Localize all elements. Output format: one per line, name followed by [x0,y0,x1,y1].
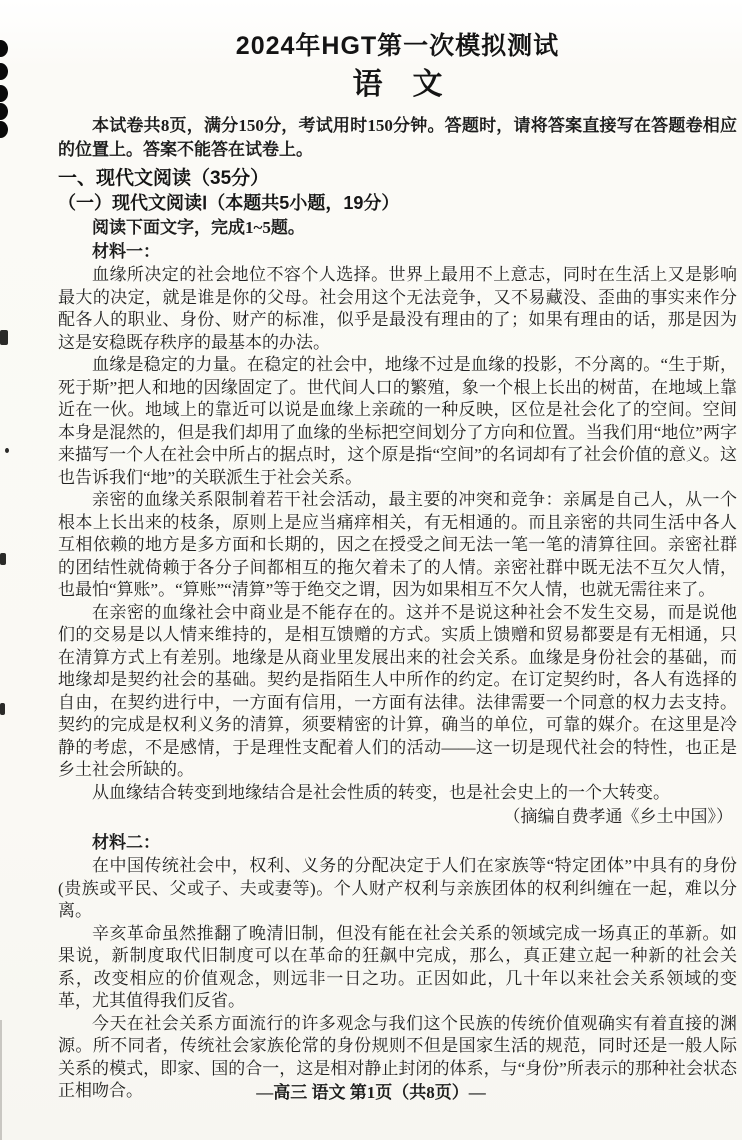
scan-artifact [0,703,5,715]
scan-artifact [0,330,8,345]
material-one-paragraph: 亲密的血缘关系限制着若干社会活动，最主要的冲突和竞争：亲属是自己人，从一个根本上… [58,489,737,602]
page-number-footer: —高三 语文 第1页（共8页）— [0,1081,742,1105]
reading-instruction: 阅读下面文字，完成1~5题。 [58,216,737,240]
exam-instructions: 本试卷共8页，满分150分，考试用时150分钟。答题时，请将答案直接写在答题卷相… [58,114,737,162]
material-one-attribution: （摘编自费孝通《乡土中国》） [58,805,737,829]
exam-paper-page: 2024年HGT第一次模拟测试 语 文 本试卷共8页，满分150分，考试用时15… [0,0,742,1140]
material-one-label: 材料一： [58,240,737,264]
material-two-paragraph: 辛亥革命虽然推翻了晚清旧制，但没有能在社会关系的领域完成一场真正的革新。如果说，… [58,923,737,1013]
material-two-label: 材料二： [58,831,737,855]
section-heading-modern-reading: 一、现代文阅读（35分） [58,166,737,191]
binding-hole [0,85,8,102]
scan-artifact [5,448,9,453]
part-heading-reading-one: （一）现代文阅读Ⅰ（本题共5小题，19分） [58,191,737,216]
binding-hole [0,40,8,57]
binding-hole [0,121,8,138]
exam-title: 2024年HGT第一次模拟测试 [58,30,737,62]
binding-hole [0,63,8,80]
scan-artifact [0,553,6,565]
scan-edge-line [0,1020,2,1140]
material-one-paragraph: 在亲密的血缘社会中商业是不能存在的。这并不是说这种社会不发生交易，而是说他们的交… [58,602,737,782]
material-two-paragraph: 在中国传统社会中，权利、义务的分配决定于人们在家族等“特定团体”中具有的身份(贵… [58,855,737,923]
subject-title: 语 文 [58,66,737,104]
binding-hole [0,103,8,120]
material-one-paragraph: 血缘所决定的社会地位不容个人选择。世界上最用不上意志，同时在生活上又是影响最大的… [58,264,737,354]
page-content: 2024年HGT第一次模拟测试 语 文 本试卷共8页，满分150分，考试用时15… [58,30,737,1103]
material-one-paragraph: 血缘是稳定的力量。在稳定的社会中，地缘不过是血缘的投影，不分离的。“生于斯，死于… [58,354,737,489]
material-one-paragraph: 从血缘结合转变到地缘结合是社会性质的转变，也是社会史上的一个大转变。 [58,782,737,805]
